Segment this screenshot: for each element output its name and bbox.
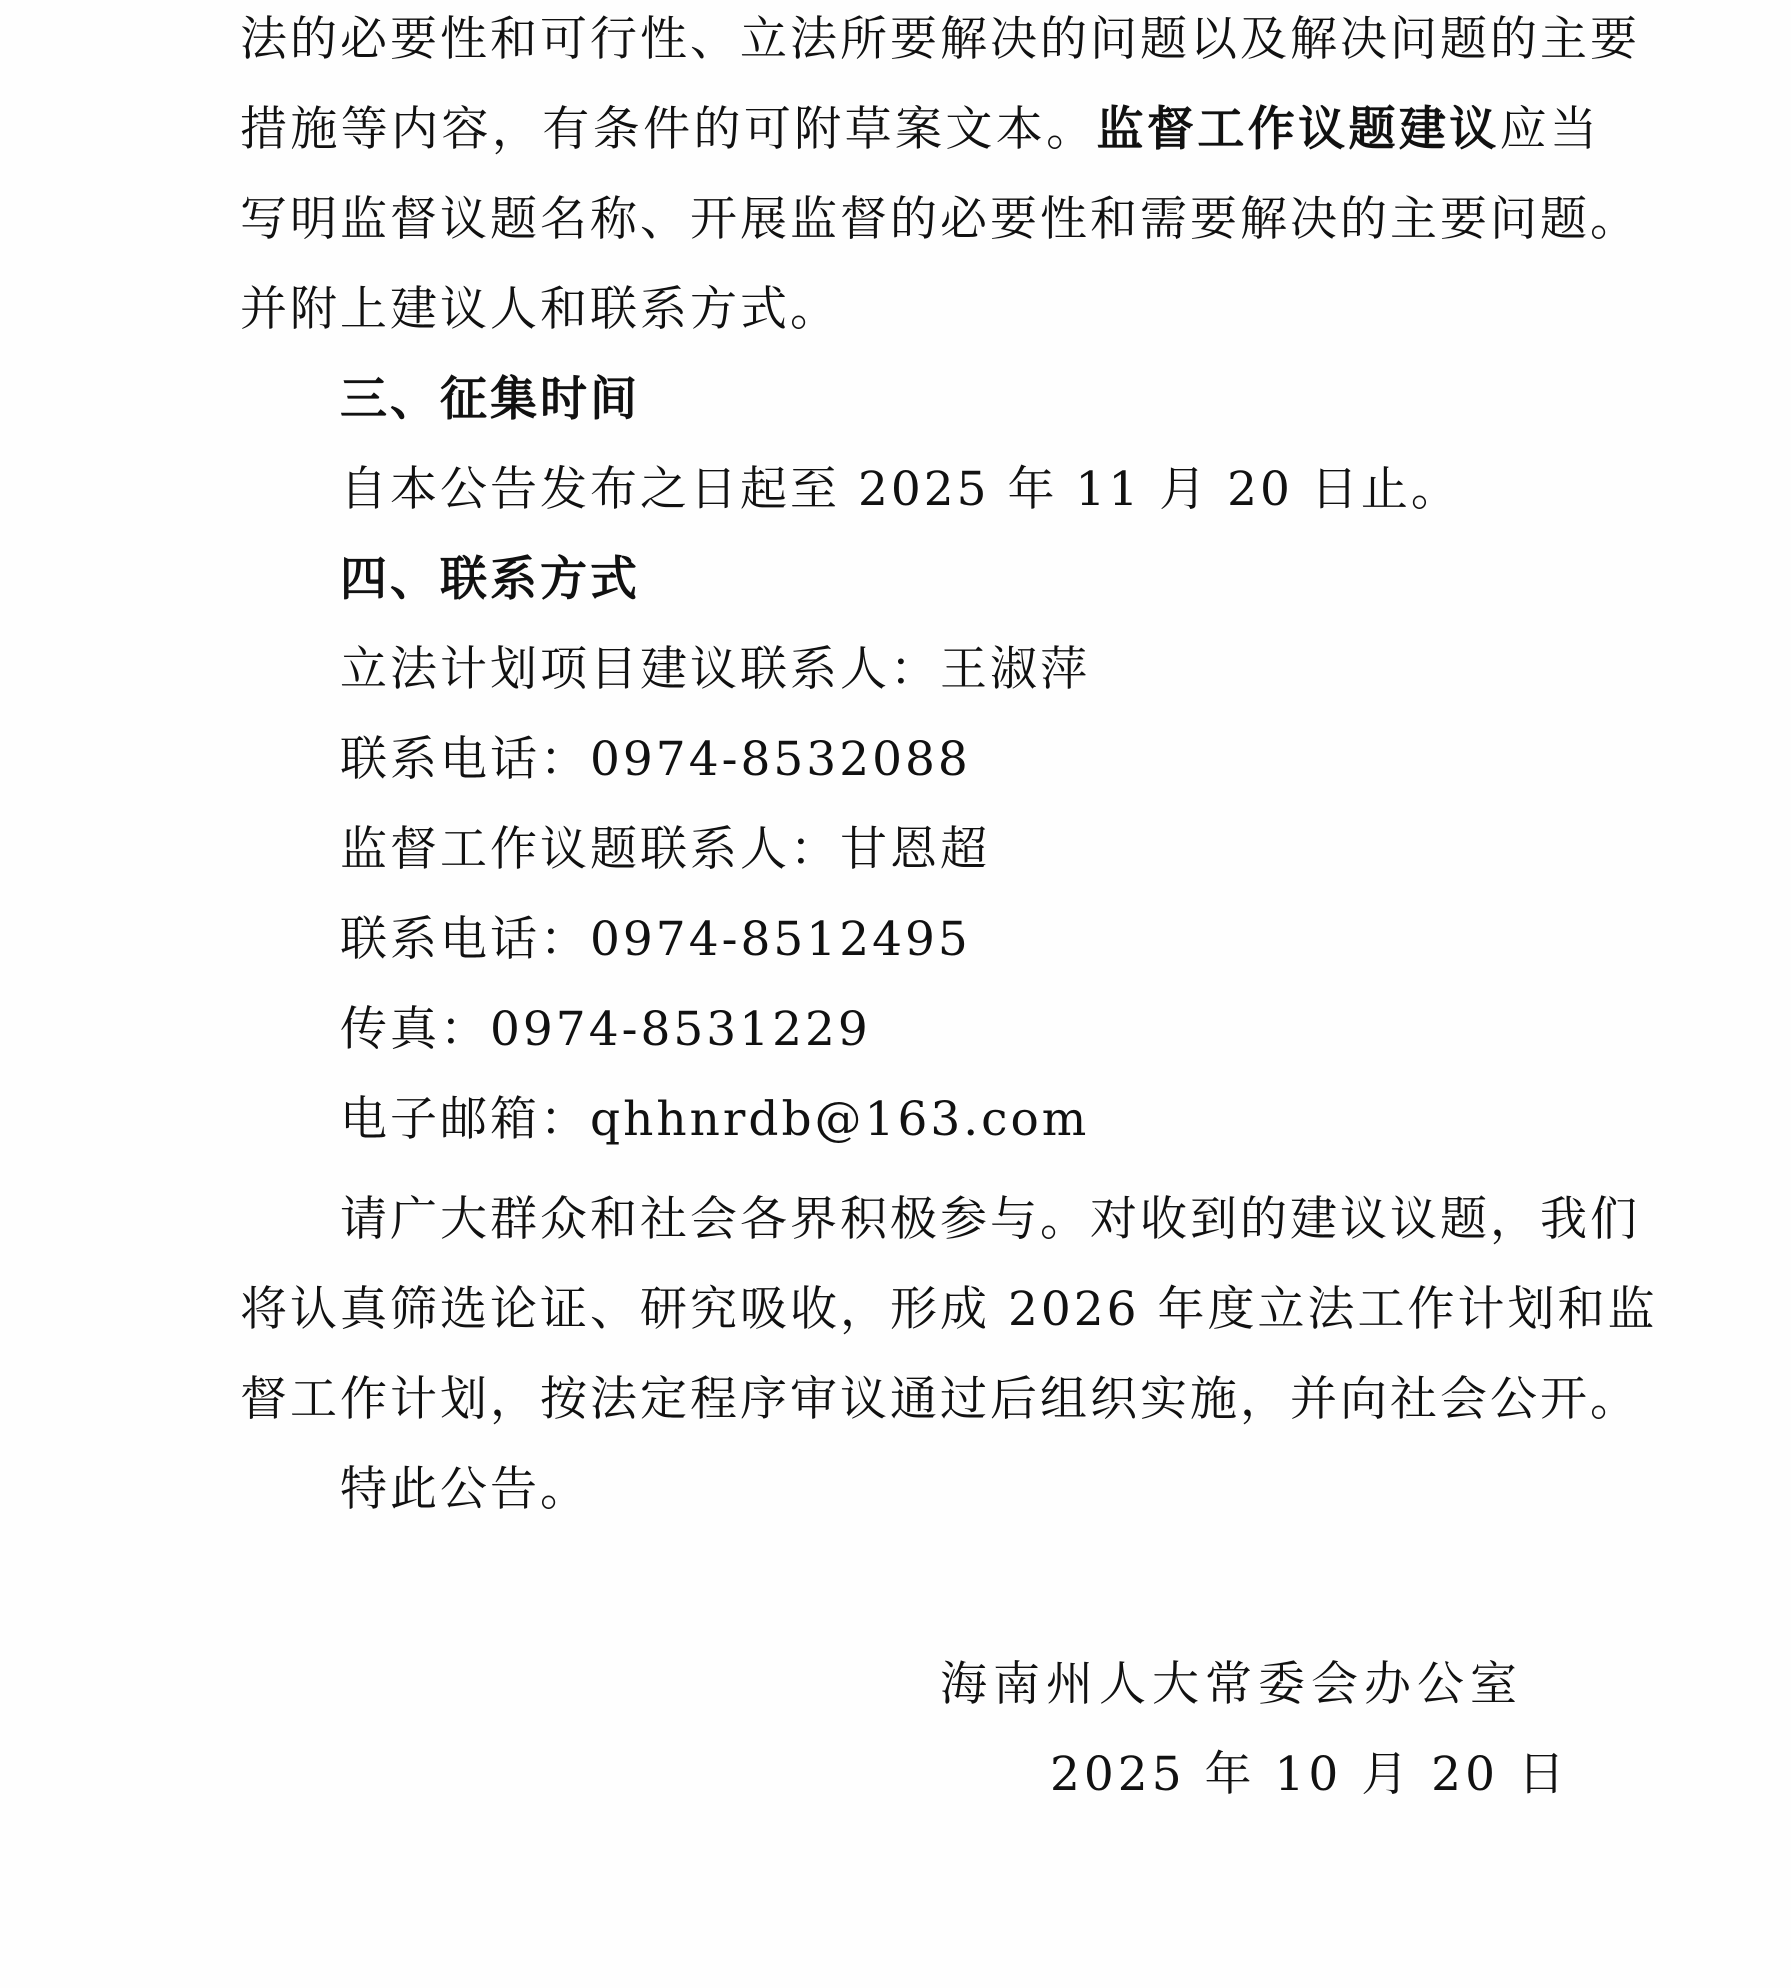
paragraph-line: 并附上建议人和联系方式。 [240, 280, 1600, 340]
contact-fax: 传真：0974-8531229 [340, 1000, 1600, 1060]
closing-paragraph-line: 将认真筛选论证、研究吸收，形成 2026 年度立法工作计划和监 [240, 1280, 1600, 1340]
paragraph-text: 措施等内容，有条件的可附草案文本。 [240, 102, 1097, 157]
paragraph-text: 应当 [1500, 102, 1600, 157]
paragraph-line: 写明监督议题名称、开展监督的必要性和需要解决的主要问题。 [240, 190, 1600, 250]
issue-date: 2025 年 10 月 20 日 [1050, 1745, 1470, 1805]
issuing-organization: 海南州人大常委会办公室 [940, 1655, 1500, 1715]
paragraph-line: 法的必要性和可行性、立法所要解决的问题以及解决问题的主要 [240, 10, 1600, 70]
contact-legislation-phone: 联系电话：0974-8532088 [340, 730, 1600, 790]
section-heading-contact: 四、联系方式 [340, 550, 1600, 610]
contact-legislation-person: 立法计划项目建议联系人：王淑萍 [340, 640, 1600, 700]
closing-paragraph-line: 督工作计划，按法定程序审议通过后组织实施，并向社会公开。 [240, 1370, 1600, 1430]
contact-supervision-phone: 联系电话：0974-8512495 [340, 910, 1600, 970]
document-page: 法的必要性和可行性、立法所要解决的问题以及解决问题的主要 措施等内容，有条件的可… [0, 0, 1791, 1988]
contact-email: 电子邮箱：qhhnrdb@163.com [340, 1090, 1600, 1150]
closing-notice: 特此公告。 [340, 1460, 1600, 1520]
collection-period-text: 自本公告发布之日起至 2025 年 11 月 20 日止。 [340, 460, 1600, 520]
contact-supervision-person: 监督工作议题联系人：甘恩超 [340, 820, 1600, 880]
section-heading-collection-time: 三、征集时间 [340, 370, 1600, 430]
closing-paragraph-line: 请广大群众和社会各界积极参与。对收到的建议议题，我们 [340, 1190, 1600, 1250]
paragraph-line: 措施等内容，有条件的可附草案文本。监督工作议题建议应当 [240, 100, 1600, 160]
bold-term-supervision-proposal: 监督工作议题建议 [1097, 102, 1500, 157]
